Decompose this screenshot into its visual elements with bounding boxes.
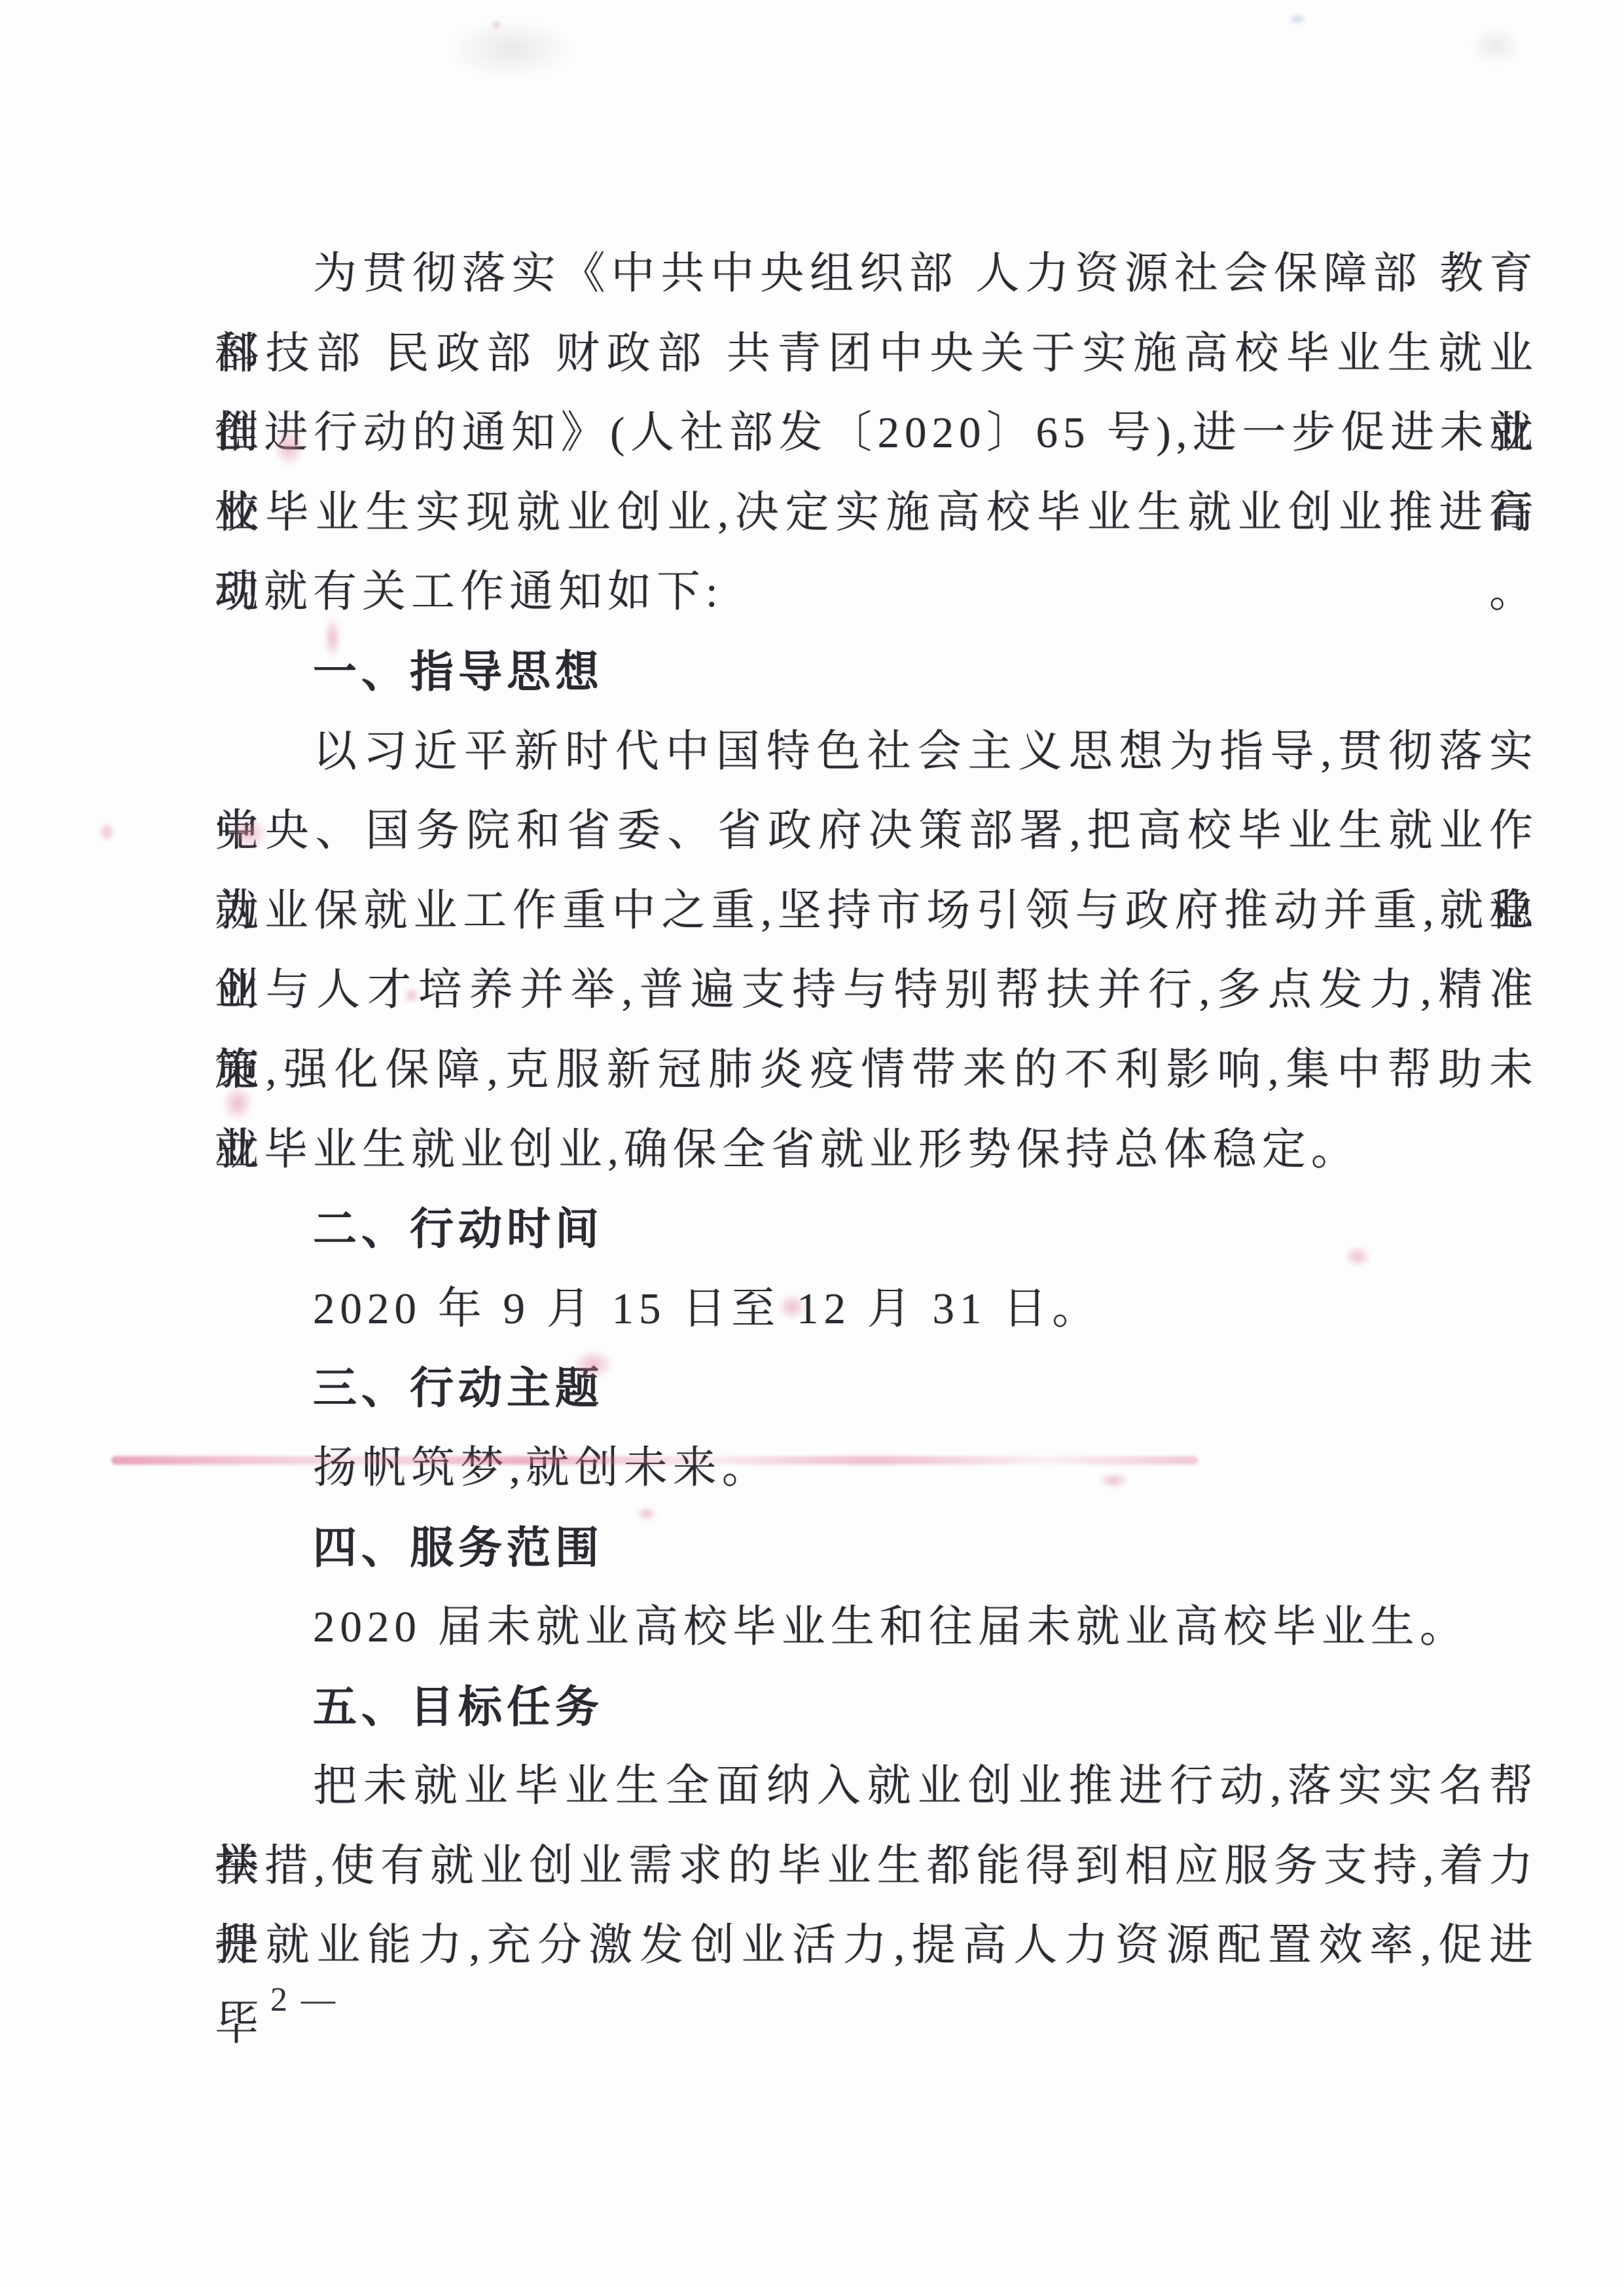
heading-3-action-theme: 三、行动主题: [215, 1349, 1538, 1429]
paragraph-2-line-1: 以习近平新时代中国特色社会主义思想为指导,贯彻落实党: [215, 712, 1538, 792]
scan-artifact: [490, 18, 503, 31]
scan-artifact: [1284, 10, 1310, 27]
action-time-text: 2020 年 9 月 15 日至 12 月 31 日。: [215, 1270, 1538, 1349]
paragraph-3-line-3: 升就业能力,充分激发创业活力,提高人力资源配置效率,促进毕: [215, 1906, 1538, 1986]
heading-4-service-scope: 四、服务范围: [215, 1509, 1538, 1588]
paragraph-2-line-4: 业与人才培养并举,普遍支持与特别帮扶并行,多点发力,精准施: [215, 951, 1538, 1031]
paragraph-1-line-2: 科技部 民政部 财政部 共青团中央关于实施高校毕业生就业创业: [215, 314, 1538, 394]
scanned-document-page: 为贯彻落实《中共中央组织部 人力资源社会保障部 教育部 科技部 民政部 财政部 …: [0, 0, 1624, 2287]
paragraph-2-line-5: 策,强化保障,克服新冠肺炎疫情带来的不利影响,集中帮助未就: [215, 1031, 1538, 1110]
paragraph-1-line-4: 校毕业生实现就业创业,决定实施高校毕业生就业创业推进行动。: [215, 473, 1538, 553]
scan-smudge: [1460, 20, 1532, 72]
paragraph-2-line-2: 中央、国务院和省委、省政府决策部署,把高校毕业生就业作为稳: [215, 792, 1538, 871]
heading-1-guiding-ideology: 一、指导思想: [215, 632, 1538, 712]
scan-artifact: [96, 817, 118, 847]
action-theme-text: 扬帆筑梦,就创未来。: [215, 1429, 1538, 1509]
paragraph-1-line-1: 为贯彻落实《中共中央组织部 人力资源社会保障部 教育部: [215, 234, 1538, 314]
paragraph-3-line-1: 把未就业毕业生全面纳入就业创业推进行动,落实实名帮扶: [215, 1747, 1538, 1827]
document-body: 为贯彻落实《中共中央组织部 人力资源社会保障部 教育部 科技部 民政部 财政部 …: [215, 234, 1538, 1986]
heading-2-action-time: 二、行动时间: [215, 1190, 1538, 1270]
heading-5-target-tasks: 五、目标任务: [215, 1668, 1538, 1747]
paragraph-3-line-2: 举措,使有就业创业需求的毕业生都能得到相应服务支持,着力提: [215, 1827, 1538, 1907]
scan-smudge: [419, 7, 602, 92]
paragraph-1-line-3: 推进行动的通知》(人社部发〔2020〕65 号),进一步促进未就业高: [215, 393, 1538, 473]
paragraph-2-line-3: 就业保就业工作重中之重,坚持市场引领与政府推动并重,就业创: [215, 871, 1538, 951]
service-scope-text: 2020 届未就业高校毕业生和往届未就业高校毕业生。: [215, 1588, 1538, 1668]
paragraph-2-line-6: 业毕业生就业创业,确保全省就业形势保持总体稳定。: [215, 1110, 1538, 1190]
page-number: — 2 —: [223, 1979, 338, 2022]
